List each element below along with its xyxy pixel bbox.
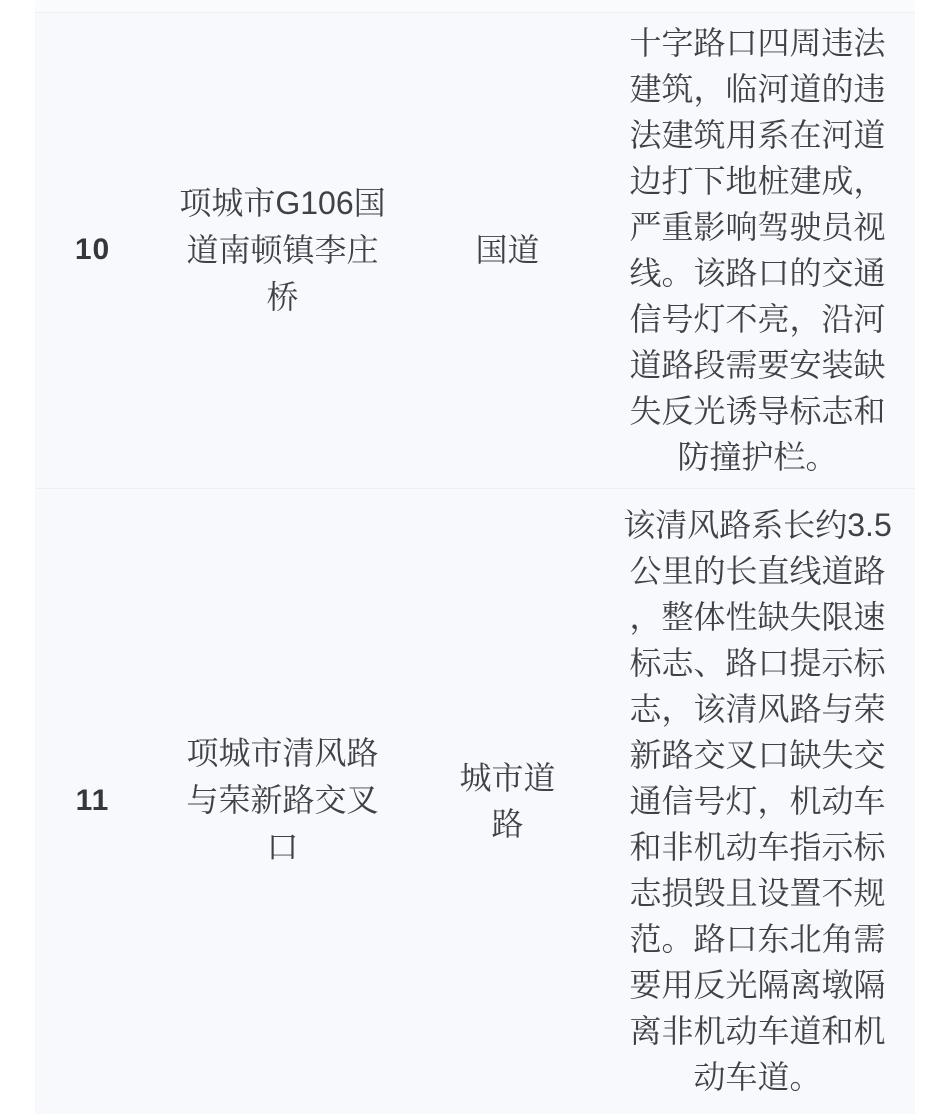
hazard-table-grid: 10 项城市G106国道南顿镇李庄桥 国道 十字路口四周违法建筑，临河道的违法建… <box>35 13 915 1113</box>
row-index-cell: 11 <box>35 488 150 1113</box>
table-row: 11 项城市清风路与荣新路交叉口 城市道路 该清风路系长约3.5公里的长直线道路… <box>35 488 915 1113</box>
location-text: 项城市G106国道南顿镇李庄桥 <box>173 180 393 321</box>
location-cell: 项城市G106国道南顿镇李庄桥 <box>150 13 415 488</box>
description-cell: 该清风路系长约3.5公里的长直线道路，整体性缺失限速标志、路口提示标志，该清风路… <box>600 488 915 1113</box>
location-cell: 项城市清风路与荣新路交叉口 <box>150 488 415 1113</box>
row-index: 11 <box>35 784 150 818</box>
road-type-cell: 国道 <box>415 13 600 488</box>
road-hazard-table: 10 项城市G106国道南顿镇李庄桥 国道 十字路口四周违法建筑，临河道的违法建… <box>35 0 915 1114</box>
description-text: 该清风路系长约3.5公里的长直线道路，整体性缺失限速标志、路口提示标志，该清风路… <box>620 502 896 1100</box>
document-page: 10 项城市G106国道南顿镇李庄桥 国道 十字路口四周违法建筑，临河道的违法建… <box>0 0 952 1114</box>
previous-row-remnant <box>35 0 915 13</box>
road-type-text: 国道 <box>451 227 565 273</box>
road-type-cell: 城市道路 <box>415 488 600 1113</box>
description-text: 十字路口四周违法建筑，临河道的违法建筑用系在河道边打下地桩建成，严重影响驾驶员视… <box>620 20 896 480</box>
description-cell: 十字路口四周违法建筑，临河道的违法建筑用系在河道边打下地桩建成，严重影响驾驶员视… <box>600 13 915 488</box>
road-type-text: 城市道路 <box>451 755 565 847</box>
table-row: 10 项城市G106国道南顿镇李庄桥 国道 十字路口四周违法建筑，临河道的违法建… <box>35 13 915 488</box>
location-text: 项城市清风路与荣新路交叉口 <box>173 730 393 871</box>
row-index: 10 <box>35 233 150 267</box>
row-index-cell: 10 <box>35 13 150 488</box>
